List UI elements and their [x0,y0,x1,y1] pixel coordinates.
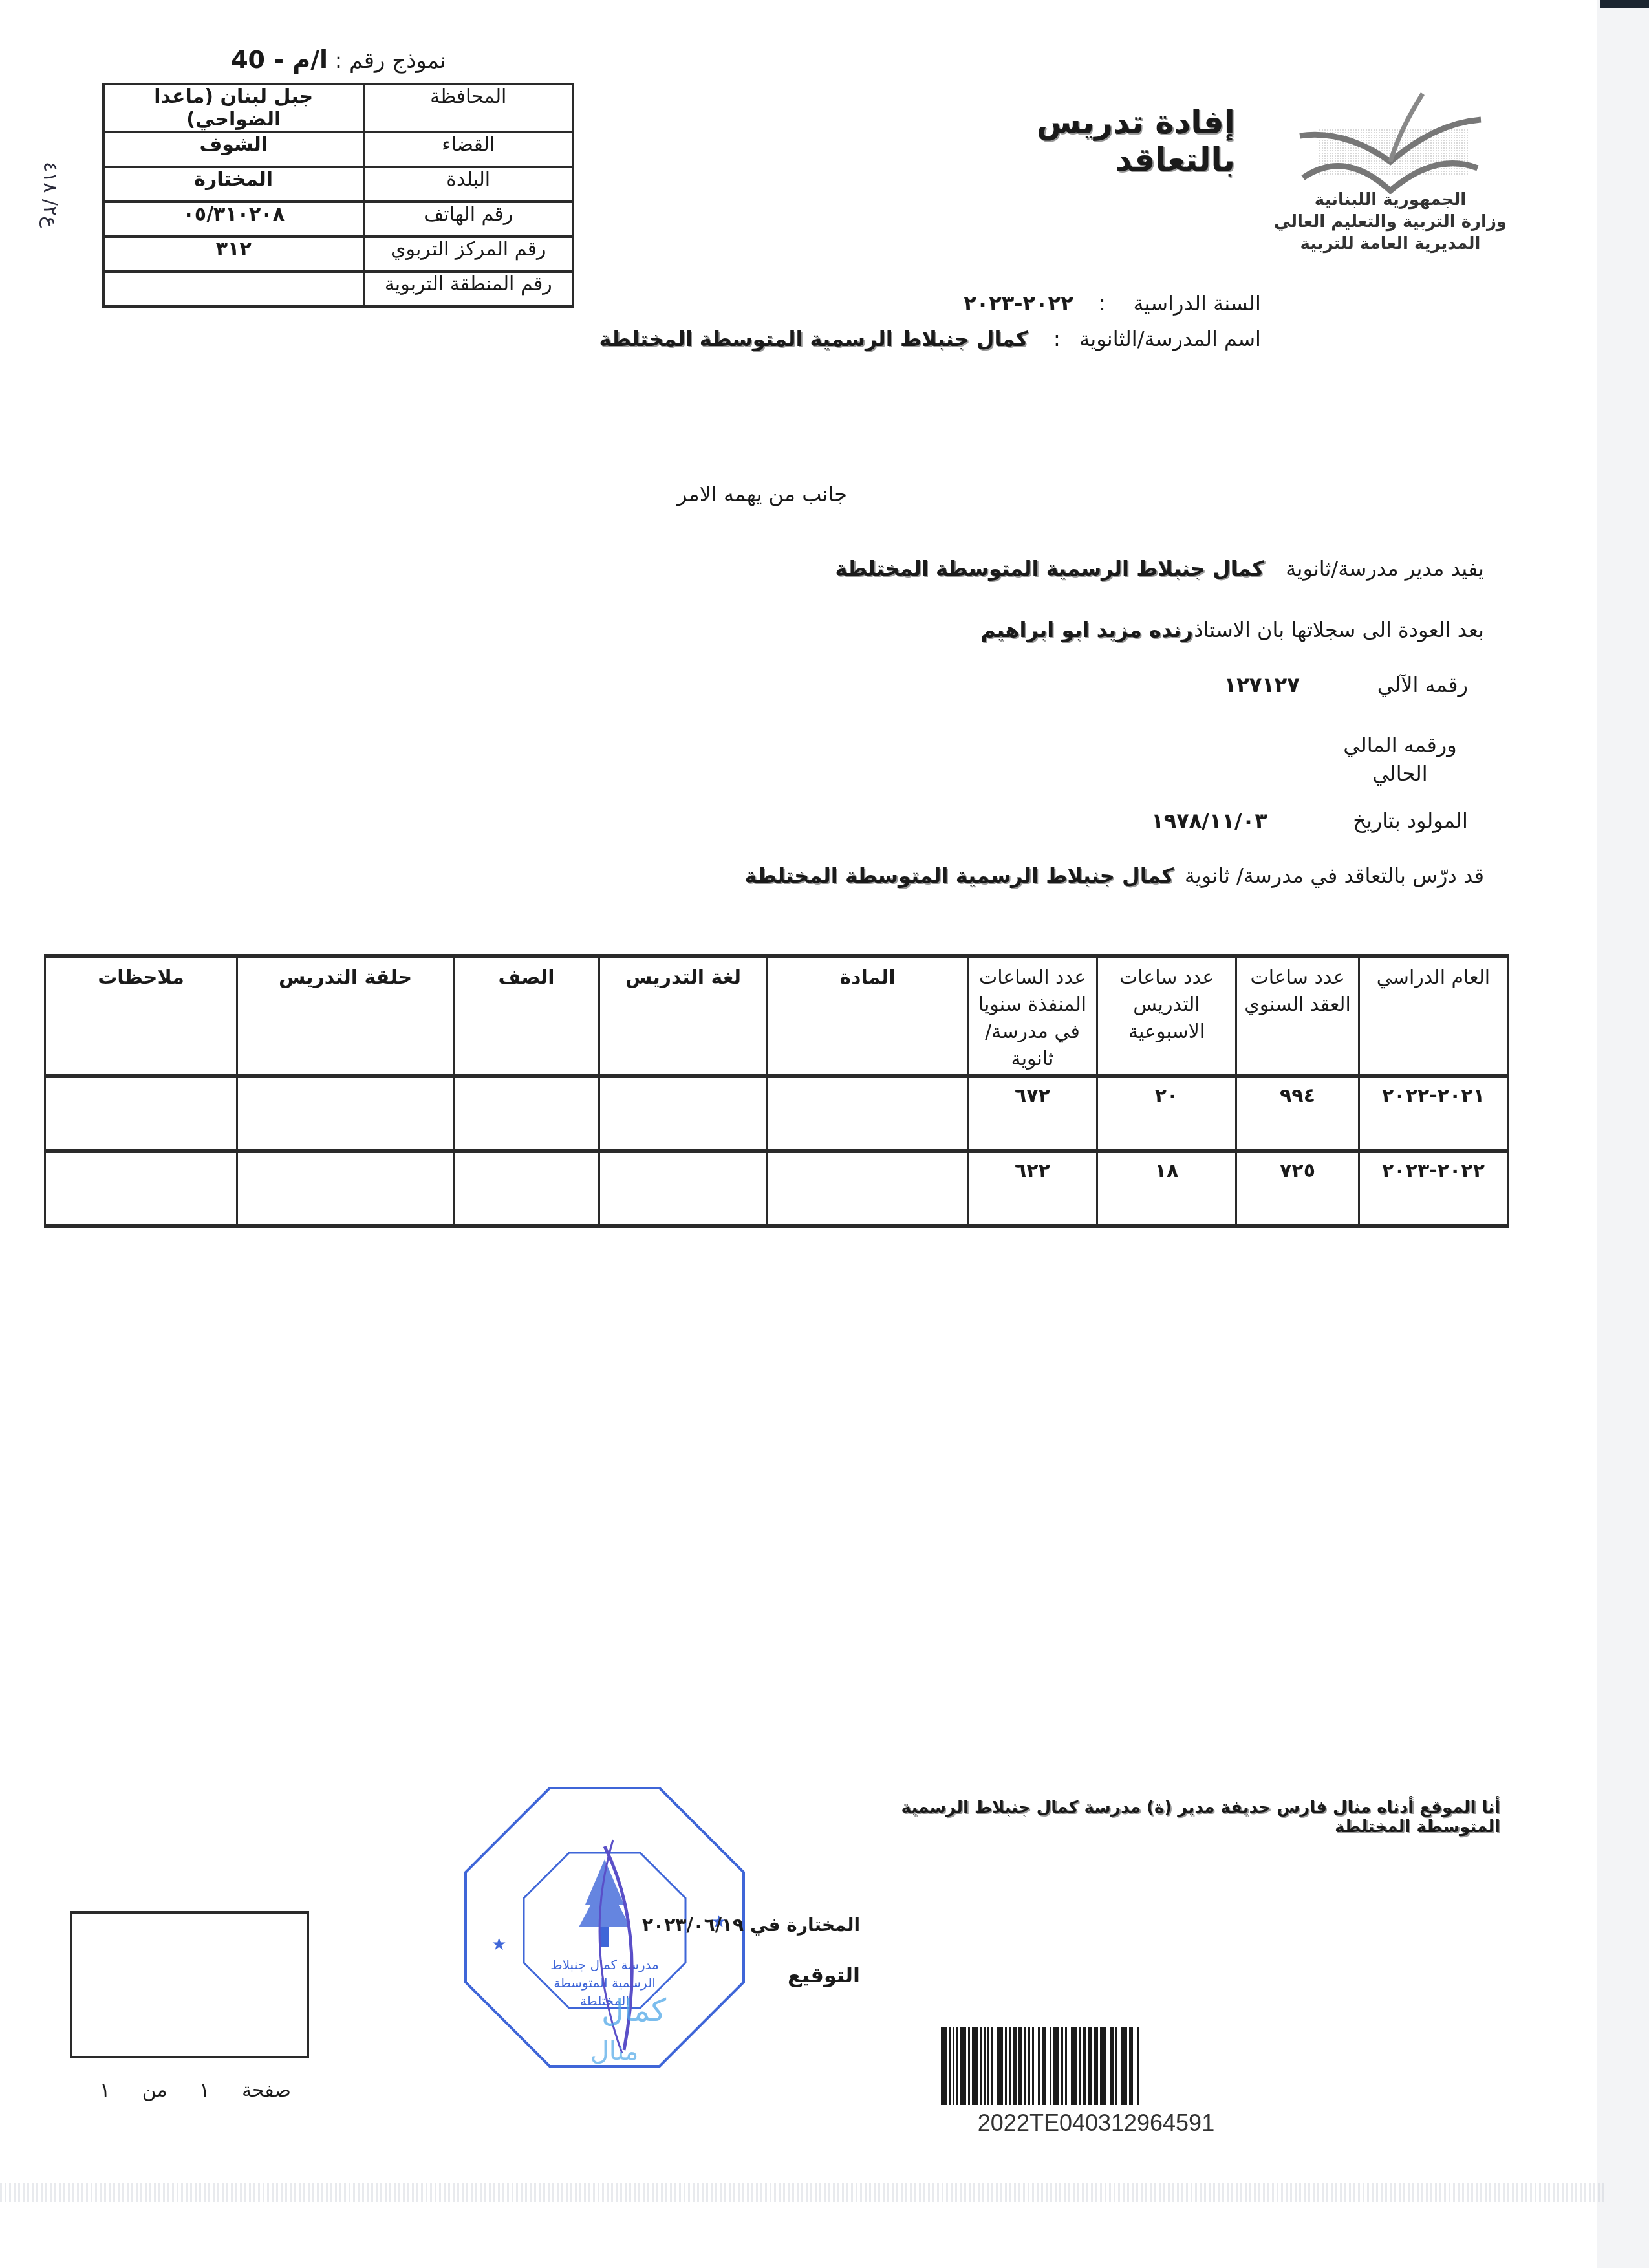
page-number: صفحة ١ من ١ [84,2079,291,2102]
ministry-logo-icon [1293,91,1487,194]
info-value: المختارة [103,167,364,202]
scan-artifact-band [0,2183,1604,2202]
school-name-label: اسم المدرسة/الثانوية [1067,327,1261,351]
cell-contract-hours: ٩٩٤ [1236,1076,1359,1151]
cell-language [599,1076,768,1151]
empty-stamp-box [70,1911,309,2058]
col-header-notes: ملاحظات [45,956,237,1076]
barcode-number: 2022TE040312964591 [941,2110,1251,2137]
svg-text:مدرسة كمال جنبلاط: مدرسة كمال جنبلاط [550,1957,659,1972]
academic-year-value: ٢٠٢٢-٢٠٢٣ [964,291,1073,316]
handwritten-margin-note: ع٢/ ٤١٨ [39,162,61,228]
school-name-row: اسم المدرسة/الثانوية : كمال جنبلاط الرسم… [647,327,1261,351]
teacher-row: بعد العودة الى سجلاتها بان الاستاذ رنده … [776,618,1484,642]
form-number-label: نموذج رقم : [335,48,446,74]
taught-at-row: قد درّس بالتعاقد في مدرسة/ ثانوية كمال ج… [776,863,1484,888]
col-header-executed-hours: عدد الساعات المنفذة سنويا في مدرسة/ثانوي… [968,956,1097,1076]
info-label: رقم المركز التربوي [364,237,574,272]
cell-executed-hours: ٦٧٢ [968,1076,1097,1151]
birth-date-row: المولود بتاريخ ١٩٧٨/١١/٠٣ [1073,808,1468,833]
info-row: القضاءالشوف [103,132,573,167]
colon: : [1035,327,1061,351]
scan-edge [1597,0,1649,2268]
scan-edge-top [1600,0,1649,8]
birth-date-label: المولود بتاريخ [1274,808,1468,833]
school-name-value: كمال جنبلاط الرسمية المتوسطة المختلطة [599,327,1028,351]
cell-cycle [237,1076,454,1151]
director-row: يفيد مدير مدرسة/ثانوية كمال جنبلاط الرسم… [776,556,1484,581]
info-label: رقم الهاتف [364,202,574,237]
col-header-weekly-hours: عدد ساعات التدريس الاسبوعية [1097,956,1236,1076]
auto-number-label: رقمه الآلي [1306,673,1468,697]
ministry-name: الجمهورية اللبنانية وزارة التربية والتعل… [1267,189,1513,255]
birth-date-value: ١٩٧٨/١١/٠٣ [1151,808,1267,833]
signature-date: المختارة في ٢٠٢٣/٠٦/١٩ [634,1914,860,1936]
cell-year: ٢٠٢١-٢٠٢٢ [1359,1076,1508,1151]
document-title: إفادة تدريس بالتعاقد [964,103,1235,178]
info-label: المحافظة [364,84,574,132]
info-label: رقم المنطقة التربوية [364,272,574,307]
table-header-row: العام الدراسي عدد ساعات العقد السنوي عدد… [45,956,1508,1076]
form-number: نموذج رقم : ا/م - 40 [213,45,446,74]
svg-text:كمال: كمال [601,1993,666,2029]
financial-number-label-2: الحالي [1332,759,1468,788]
taught-at-label: قد درّس بالتعاقد في مدرسة/ ثانوية [1180,863,1484,888]
taught-at-school: كمال جنبلاط الرسمية المتوسطة المختلطة [745,863,1174,888]
info-row: رقم الهاتف٠٥/٣١٠٢٠٨ [103,202,573,237]
location-info-table: المحافظةجبل لبنان (ماعدا الضواحي) القضاء… [102,83,574,308]
info-label: البلدة [364,167,574,202]
info-row: رقم المركز التربوي٣١٢ [103,237,573,272]
cell-class [454,1151,599,1226]
cell-subject [768,1076,968,1151]
cell-cycle [237,1151,454,1226]
cell-contract-hours: ٧٢٥ [1236,1151,1359,1226]
academic-year-label: السنة الدراسية [1112,291,1261,316]
financial-number-label: ورقمه المالي [1332,731,1468,759]
col-header-contract-hours: عدد ساعات العقد السنوي [1236,956,1359,1076]
info-row: رقم المنطقة التربوية [103,272,573,307]
col-header-language: لغة التدريس [599,956,768,1076]
svg-text:منال: منال [590,2036,639,2066]
cell-executed-hours: ٦٢٢ [968,1151,1097,1226]
info-row: البلدةالمختارة [103,167,573,202]
colon: : [1080,291,1106,316]
info-value: ٣١٢ [103,237,364,272]
teaching-hours-table: العام الدراسي عدد ساعات العقد السنوي عدد… [44,954,1509,1228]
signer-statement: أنا الموقع أدناه منال فارس حديفة مدير (ة… [879,1798,1500,1837]
director-label: يفيد مدير مدرسة/ثانوية [1271,556,1484,581]
cell-language [599,1151,768,1226]
info-label: القضاء [364,132,574,167]
barcode-icon [941,2027,1238,2105]
salutation: جانب من يهمه الامر [647,482,847,506]
info-value: الشوف [103,132,364,167]
col-header-class: الصف [454,956,599,1076]
svg-text:★: ★ [491,1935,506,1954]
signature-label: التوقيع [763,1963,860,1987]
info-value: جبل لبنان (ماعدا الضواحي) [103,84,364,132]
form-number-code: ا/م - 40 [231,45,328,74]
cell-class [454,1076,599,1151]
ministry-line: المديرية العامة للتربية [1267,233,1513,255]
ministry-line: وزارة التربية والتعليم العالي [1267,211,1513,233]
auto-number-value: ١٢٧١٢٧ [1224,673,1300,697]
cell-weekly-hours: ١٨ [1097,1151,1236,1226]
cell-weekly-hours: ٢٠ [1097,1076,1236,1151]
col-header-subject: المادة [768,956,968,1076]
financial-number-row: ورقمه المالي الحالي [1332,731,1468,788]
table-row: ٢٠٢٢-٢٠٢٣ ٧٢٥ ١٨ ٦٢٢ [45,1151,1508,1226]
auto-number-row: رقمه الآلي ١٢٧١٢٧ [1099,673,1468,697]
col-header-year: العام الدراسي [1359,956,1508,1076]
table-row: ٢٠٢١-٢٠٢٢ ٩٩٤ ٢٠ ٦٧٢ [45,1076,1508,1151]
teacher-name: رنده مزيد ابو ابراهيم [980,618,1193,642]
records-label: بعد العودة الى سجلاتها بان الاستاذ [1200,618,1484,642]
info-row: المحافظةجبل لبنان (ماعدا الضواحي) [103,84,573,132]
cell-subject [768,1151,968,1226]
cell-year: ٢٠٢٢-٢٠٢٣ [1359,1151,1508,1226]
col-header-cycle: حلقة التدريس [237,956,454,1076]
academic-year-row: السنة الدراسية : ٢٠٢٢-٢٠٢٣ [711,291,1261,316]
info-value: ٠٥/٣١٠٢٠٨ [103,202,364,237]
info-value [103,272,364,307]
director-school: كمال جنبلاط الرسمية المتوسطة المختلطة [835,556,1264,581]
ministry-line: الجمهورية اللبنانية [1267,189,1513,211]
cell-notes [45,1076,237,1151]
cell-notes [45,1151,237,1226]
